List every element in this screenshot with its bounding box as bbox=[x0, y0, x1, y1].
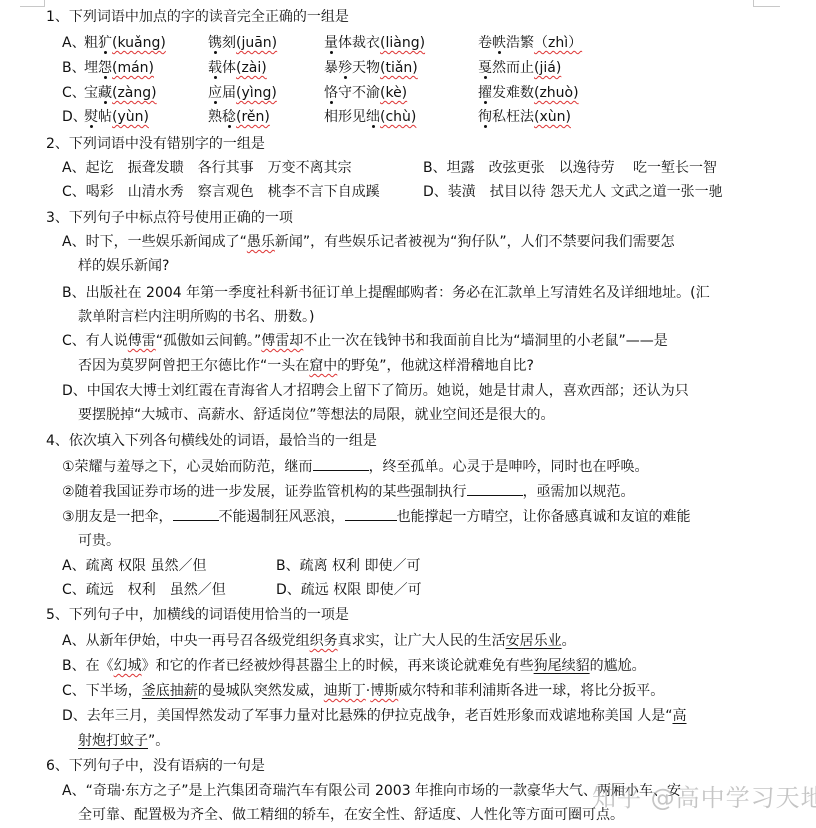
q1-word-item: 埋怨(mán) bbox=[84, 58, 154, 78]
dotted-char: 徇 bbox=[478, 109, 492, 125]
text: A、时下，一些娱乐新闻成了“ bbox=[62, 234, 247, 250]
pinyin: (xùn) bbox=[534, 109, 571, 125]
q3-option-d-line1: D、中国农大博士刘红霞在青海省人才招聘会上留下了简历。她说，她是甘肃人，喜欢西部… bbox=[62, 381, 689, 403]
underlined-phrase: 安居乐业 bbox=[506, 633, 562, 649]
question-4-title: 4、依次填入下列各句横线处的词语，最恰当的一组是 bbox=[46, 431, 377, 453]
question-1-title: 1、下列词语中加点的字的读音完全正确的一组是 bbox=[46, 7, 349, 29]
pinyin: (chù) bbox=[380, 109, 416, 125]
text: 否因为莫罗阿曾把王尔德比作“一头在 bbox=[78, 358, 309, 374]
q2-option-b: B、坦露 改弦更张 以逸待劳 吃一堑长一智 bbox=[423, 158, 717, 180]
q1-word-item: 暴殄天物(tiǎn) bbox=[324, 58, 418, 78]
q1-word-item: 粗犷(kuǎng) bbox=[84, 33, 166, 53]
q6-option-a-line2: 全可靠、配置极为齐全、做工精细的轿车，在安全性、舒适度、人性化等方面可圈可点。 bbox=[78, 805, 624, 827]
q1-word-item: 镌刻(juān) bbox=[208, 33, 277, 53]
dotted-char: 戛 bbox=[478, 60, 492, 76]
text: 体裁衣 bbox=[338, 35, 380, 51]
text: 不能遏制狂风恶浪， bbox=[219, 509, 345, 525]
q4-sentence-3: ③朋友是一把伞，不能遏制狂风恶浪，也能撑起一方晴空，让你备感真诚和友谊的难能 bbox=[62, 506, 691, 528]
text: ，亟需加以规范。 bbox=[523, 484, 635, 500]
text: 天物 bbox=[352, 60, 380, 76]
text: ”。 bbox=[148, 733, 169, 749]
question-3-title: 3、下列句子中标点符号使用正确的一项 bbox=[46, 208, 293, 230]
pinyin: (jiá) bbox=[534, 60, 561, 76]
text: 浩繁 bbox=[506, 35, 534, 51]
dotted-char: 镌 bbox=[208, 35, 222, 51]
spellcheck-mark: 织务 bbox=[310, 633, 338, 649]
text: 。 bbox=[562, 633, 576, 649]
spellcheck-mark: 迪斯丁 bbox=[324, 683, 366, 699]
pinyin: (tiǎn) bbox=[380, 60, 418, 76]
q3-option-b-line1: B、出版社在 2004 年第一季度社科新书征订单上提醒邮购者：务必在汇款单上写清… bbox=[62, 283, 710, 305]
dotted-char: 载 bbox=[208, 60, 222, 76]
q1-word-item: 应届(yìng) bbox=[208, 83, 277, 103]
q6-option-a-line1: A、“奇瑞·东方之子”是上汽集团奇瑞汽车有限公司 2003 年推向市场的一款豪华… bbox=[62, 781, 681, 803]
text: 体 bbox=[222, 60, 236, 76]
text: B、在《 bbox=[62, 658, 114, 674]
text: 粗 bbox=[84, 35, 98, 51]
q5-option-d-line2: 射炮打蚊子”。 bbox=[78, 731, 169, 753]
q1-word-item: 相形见绌(chù) bbox=[324, 107, 416, 127]
q4-option-d: D、疏远 权限 即使／可 bbox=[276, 580, 422, 602]
watermark: 知乎 @高中学习天地 bbox=[592, 778, 816, 813]
underlined-phrase: 釜底抽薪 bbox=[142, 683, 198, 699]
pinyin: (juān) bbox=[236, 35, 277, 51]
text: 的曼城队突然发威， bbox=[198, 683, 324, 699]
q1-word-item: 徇私枉法(xùn) bbox=[478, 107, 571, 127]
spellcheck-mark: 窟中 bbox=[309, 358, 337, 374]
q1-word-item: 熨帖(yùn) bbox=[84, 107, 149, 127]
text: 宝 bbox=[84, 85, 98, 101]
pinyin: （zhì） bbox=[534, 35, 582, 51]
q1-word-item: 量体裁衣(liàng) bbox=[324, 33, 425, 53]
dotted-char: 应 bbox=[208, 85, 222, 101]
pinyin: (zài) bbox=[236, 60, 267, 76]
text: ③朋友是一把伞， bbox=[62, 509, 173, 525]
text: 帖 bbox=[98, 109, 112, 125]
dotted-char: 稔 bbox=[222, 109, 236, 125]
q1-word-item: 戛然而止(jiá) bbox=[478, 58, 561, 78]
text: D、去年三月，美国悍然发动了军事力量对比悬殊的伊拉克战争，老百姓形象而戏谑地称美… bbox=[62, 708, 672, 724]
text: 卷 bbox=[478, 35, 492, 51]
pinyin: (zhuò) bbox=[534, 85, 579, 101]
pinyin: (zàng) bbox=[112, 85, 157, 101]
q5-option-c: C、下半场，釜底抽薪的曼城队突然发威，迪斯丁·博斯威尔特和菲利浦斯各进一球，将比… bbox=[62, 681, 664, 703]
q4-option-a: A、疏离 权限 虽然／但 bbox=[62, 556, 206, 578]
text: 新闻”，有些娱乐记者被视为“狗仔队”，人们不禁要问我们需要怎 bbox=[275, 234, 675, 250]
q5-option-d-line1: D、去年三月，美国悍然发动了军事力量对比悬殊的伊拉克战争，老百姓形象而戏谑地称美… bbox=[62, 706, 686, 728]
text: 届 bbox=[222, 85, 236, 101]
question-6-title: 6、下列句子中，没有语病的一句是 bbox=[46, 756, 265, 778]
pinyin: (liàng) bbox=[380, 35, 425, 51]
q4-option-b: B、疏离 权利 即使／可 bbox=[276, 556, 421, 578]
pinyin: (yìng) bbox=[236, 85, 277, 101]
text: 威尔特和菲利浦斯各进一球，将比分扳平。 bbox=[398, 683, 664, 699]
q3-option-a-line2: 样的娱乐新闻? bbox=[78, 256, 169, 278]
dotted-char: 怨 bbox=[98, 60, 112, 76]
text: 的野兔”，他就这样滑稽地自比? bbox=[337, 358, 534, 374]
text: 真求实，让广大人民的生活 bbox=[338, 633, 506, 649]
fill-blank bbox=[313, 456, 369, 471]
pinyin: (kè) bbox=[380, 85, 407, 101]
q1-word-item: 卷帙浩繁（zhì） bbox=[478, 33, 582, 53]
q1-word-item: 载体(zài) bbox=[208, 58, 267, 78]
text: 然而止 bbox=[492, 60, 534, 76]
text: ②随着我国证券市场的进一步发展，证券监管机构的某些强制执行 bbox=[62, 484, 467, 500]
text: 发难数 bbox=[492, 85, 534, 101]
underlined-phrase: 高 bbox=[672, 708, 686, 724]
text: 熟 bbox=[208, 109, 222, 125]
text: C、下半场， bbox=[62, 683, 142, 699]
fill-blank bbox=[173, 506, 219, 521]
underlined-phrase: 狗尾续貂 bbox=[534, 658, 590, 674]
text: 的尴尬。 bbox=[590, 658, 646, 674]
spellcheck-mark: 博斯 bbox=[370, 683, 398, 699]
fill-blank bbox=[467, 481, 523, 496]
q1-word-item: 恪守不渝(kè) bbox=[324, 83, 407, 103]
pinyin: (yùn) bbox=[112, 109, 149, 125]
q2-option-d: D、装潢 拭目以待 怨天尤人 文武之道一张一驰 bbox=[423, 182, 723, 204]
pinyin: (rěn) bbox=[236, 109, 270, 125]
text: 相形见 bbox=[324, 109, 366, 125]
q4-sentence-3-cont: 可贵。 bbox=[78, 531, 120, 553]
q4-sentence-2: ②随着我国证券市场的进一步发展，证券监管机构的某些强制执行，亟需加以规范。 bbox=[62, 481, 635, 503]
q1-word-item: 擢发难数(zhuò) bbox=[478, 83, 579, 103]
q1-option-label: B、 bbox=[62, 58, 86, 78]
text: “孤傲如云间鹤。” bbox=[156, 333, 262, 349]
q3-option-c-line1: C、有人说傅雷“孤傲如云间鹤。”傅雷却不止一次在钱钟书和我面前自比为“墙洞里的小… bbox=[62, 331, 668, 353]
text: A、从新年伊始，中央一再号召各级党组 bbox=[62, 633, 310, 649]
q2-option-c: C、喝彩 山清水秀 察言观色 桃李不言下自成蹊 bbox=[62, 182, 380, 204]
q2-option-a: A、起讫 振聋发聩 各行其事 万变不离其宗 bbox=[62, 158, 352, 180]
dotted-char: 恪 bbox=[324, 85, 338, 101]
dotted-char: 熨 bbox=[84, 109, 98, 125]
spellcheck-mark: 愚乐 bbox=[247, 234, 275, 250]
text: 》和它的作者已经被炒得甚嚣尘上的时候，再来谈论就难免有些 bbox=[142, 658, 534, 674]
dotted-char: 绌 bbox=[366, 109, 380, 125]
pinyin: (mán) bbox=[112, 60, 154, 76]
text: ，终至孤单。心灵于是呻吟，同时也在呼唤。 bbox=[369, 459, 649, 475]
dotted-char: 量 bbox=[324, 35, 338, 51]
q3-option-d-line2: 要摆脱掉“大城市、高薪水、舒适岗位”等想法的局限，就业空间还是很大的。 bbox=[78, 405, 555, 427]
dotted-char: 帙 bbox=[492, 35, 506, 51]
dotted-char: 殄 bbox=[338, 60, 352, 76]
underlined-phrase: 射炮打蚊子 bbox=[78, 733, 148, 749]
dotted-char: 擢 bbox=[478, 85, 492, 101]
dotted-char: 犷 bbox=[98, 35, 112, 51]
question-5-title: 5、下列句子中，加横线的词语使用恰当的一项是 bbox=[46, 605, 349, 627]
spellcheck-mark: 傅雷 bbox=[128, 333, 156, 349]
q1-word-item: 宝藏(zàng) bbox=[84, 83, 157, 103]
text: 私枉法 bbox=[492, 109, 534, 125]
q5-option-b: B、在《幻城》和它的作者已经被炒得甚嚣尘上的时候，再来谈论就难免有些狗尾续貂的尴… bbox=[62, 656, 646, 678]
spellcheck-mark: 傅雷却 bbox=[261, 333, 303, 349]
q4-sentence-1: ①荣耀与羞辱之下，心灵始而防范，继而，终至孤单。心灵于是呻吟，同时也在呼唤。 bbox=[62, 456, 649, 478]
q3-option-b-line2: 款单附言栏内注明所购的书名、册数。) bbox=[78, 307, 314, 329]
text: C、有人说 bbox=[62, 333, 128, 349]
q1-word-item: 熟稔(rěn) bbox=[208, 107, 270, 127]
question-2-title: 2、下列词语中没有错别字的一组是 bbox=[46, 134, 265, 156]
q1-option-label: C、 bbox=[62, 83, 86, 103]
text: 埋 bbox=[84, 60, 98, 76]
text: 也能撑起一方晴空，让你备感真诚和友谊的难能 bbox=[397, 509, 691, 525]
q3-option-c-line2: 否因为莫罗阿曾把王尔德比作“一头在窟中的野兔”，他就这样滑稽地自比? bbox=[78, 356, 534, 378]
q4-option-c: C、疏远 权利 虽然／但 bbox=[62, 580, 226, 602]
q3-option-a-line1: A、时下，一些娱乐新闻成了“愚乐新闻”，有些娱乐记者被视为“狗仔队”，人们不禁要… bbox=[62, 232, 675, 254]
spellcheck-mark: 幻城 bbox=[114, 658, 142, 674]
q1-option-label: A、 bbox=[62, 33, 86, 53]
text: ①荣耀与羞辱之下，心灵始而防范，继而 bbox=[62, 459, 313, 475]
text: 不止一次在钱钟书和我面前自比为“墙洞里的小老鼠”——是 bbox=[303, 333, 668, 349]
text: 刻 bbox=[222, 35, 236, 51]
pinyin: (kuǎng) bbox=[112, 35, 166, 51]
page-corner-mark-left bbox=[20, 0, 45, 7]
q5-option-a: A、从新年伊始，中央一再号召各级党组织务真求实，让广大人民的生活安居乐业。 bbox=[62, 631, 576, 653]
text: 暴 bbox=[324, 60, 338, 76]
fill-blank bbox=[345, 506, 397, 521]
text: 守不渝 bbox=[338, 85, 380, 101]
page-corner-mark-right bbox=[753, 0, 780, 7]
dotted-char: 藏 bbox=[98, 85, 112, 101]
